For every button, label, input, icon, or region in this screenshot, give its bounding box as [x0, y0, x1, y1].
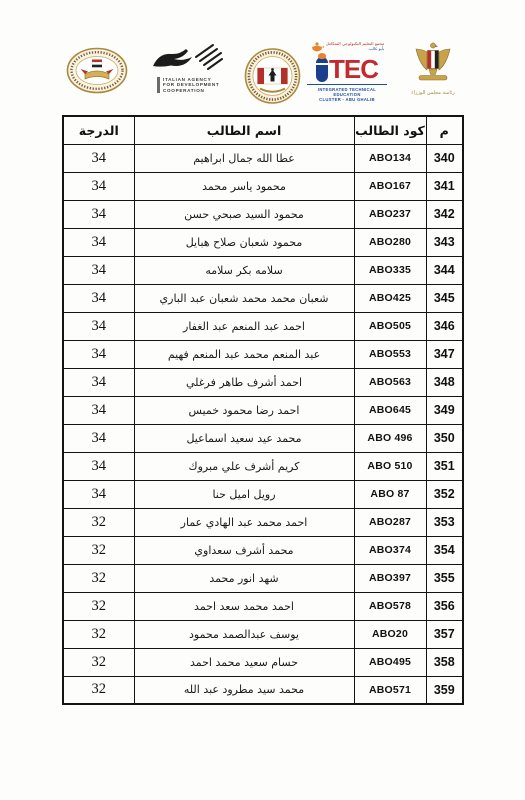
- table-row: 357 ABO20 يوسف عبدالصمد محمود 32: [63, 620, 463, 648]
- grade-cell: 34: [63, 452, 134, 480]
- student-name-cell: رويل اميل حنا: [134, 480, 354, 508]
- grade-cell: 32: [63, 508, 134, 536]
- table-row: 349 ABO645 احمد رضا محمود خميس 34: [63, 396, 463, 424]
- education-fund-seal-icon: [66, 47, 128, 94]
- serial-cell: 342: [426, 200, 463, 228]
- student-name-cell: احمد عبد المنعم عبد الغفار: [134, 312, 354, 340]
- serial-cell: 359: [426, 676, 463, 704]
- grade-cell: 34: [63, 200, 134, 228]
- italian-agency-logo: ITALIAN AGENCY FOR DEVELOPMENT COOPERATI…: [149, 42, 223, 95]
- table-row: 358 ABO495 حسام سعيد محمد احمد 32: [63, 648, 463, 676]
- serial-cell: 343: [426, 228, 463, 256]
- itec-logo: مجمع التعليم التكنولوجي المتكامل بأبو غا…: [307, 42, 387, 100]
- student-code-cell: ABO425: [354, 284, 426, 312]
- table-row: 342 ABO237 محمود السيد صبحي حسن 34: [63, 200, 463, 228]
- grade-cell: 32: [63, 676, 134, 704]
- student-code-cell: ABO20: [354, 620, 426, 648]
- serial-cell: 358: [426, 648, 463, 676]
- grade-cell: 34: [63, 424, 134, 452]
- fund-seal-graphic: [66, 47, 128, 94]
- grade-cell: 34: [63, 340, 134, 368]
- serial-cell: 341: [426, 172, 463, 200]
- student-name-cell: احمد رضا محمود خميس: [134, 396, 354, 424]
- student-code-cell: ABO 87: [354, 480, 426, 508]
- table-row: 345 ABO425 شعبان محمد محمد شعبان عبد الب…: [63, 284, 463, 312]
- grade-cell: 34: [63, 172, 134, 200]
- serial-cell: 340: [426, 144, 463, 172]
- student-code-cell: ABO397: [354, 564, 426, 592]
- grade-cell: 32: [63, 564, 134, 592]
- student-name-cell: محمد سيد مطرود عبد الله: [134, 676, 354, 704]
- student-code-cell: ABO374: [354, 536, 426, 564]
- serial-cell: 353: [426, 508, 463, 536]
- table-row: 343 ABO280 محمود شعبان صلاح هبايل 34: [63, 228, 463, 256]
- student-name-cell: احمد أشرف طاهر فرغلي: [134, 368, 354, 396]
- student-name-cell: عبد المنعم محمد عبد المنعم فهيم: [134, 340, 354, 368]
- student-name-cell: شعبان محمد محمد شعبان عبد الباري: [134, 284, 354, 312]
- table-header-row: م كود الطالب اسم الطالب الدرجة: [63, 116, 463, 144]
- serial-cell: 354: [426, 536, 463, 564]
- serial-cell: 351: [426, 452, 463, 480]
- italian-agency-line3: COOPERATION: [163, 88, 219, 93]
- itec-subtitle-line2: CLUSTER - ABU GHALIB: [307, 97, 387, 102]
- itec-arabic-line2: بأبو غالب: [326, 47, 385, 52]
- table-row: 350 ABO 496 محمد عيد سعيد اسماعيل 34: [63, 424, 463, 452]
- document-page: ITALIAN AGENCY FOR DEVELOPMENT COOPERATI…: [0, 0, 525, 800]
- student-table-body: 340 ABO134 عطا الله جمال ابراهيم 34 341 …: [63, 144, 463, 704]
- grade-cell: 34: [63, 368, 134, 396]
- student-code-cell: ABO495: [354, 648, 426, 676]
- student-code-cell: ABO563: [354, 368, 426, 396]
- serial-cell: 347: [426, 340, 463, 368]
- student-code-cell: ABO335: [354, 256, 426, 284]
- grade-cell: 34: [63, 144, 134, 172]
- grade-cell: 32: [63, 620, 134, 648]
- serial-cell: 348: [426, 368, 463, 396]
- grade-cell: 34: [63, 284, 134, 312]
- serial-cell: 344: [426, 256, 463, 284]
- student-name-cell: محمود السيد صبحي حسن: [134, 200, 354, 228]
- table-row: 353 ABO287 احمد محمد عبد الهادي عمار 32: [63, 508, 463, 536]
- table-row: 351 ABO 510 كريم أشرف علي مبروك 34: [63, 452, 463, 480]
- serial-cell: 352: [426, 480, 463, 508]
- lamp-icon: [310, 42, 324, 53]
- student-code-cell: ABO167: [354, 172, 426, 200]
- student-name-cell: شهد انور محمد: [134, 564, 354, 592]
- itec-i-capsule-icon: [316, 57, 328, 82]
- student-results-table: م كود الطالب اسم الطالب الدرجة 340 ABO13…: [62, 115, 464, 705]
- student-code-cell: ABO571: [354, 676, 426, 704]
- student-name-cell: حسام سعيد محمد احمد: [134, 648, 354, 676]
- serial-cell: 345: [426, 284, 463, 312]
- egypt-eagle-emblem: رئاسة مجلس الوزراء: [411, 41, 455, 93]
- itec-subtitle-line1: INTEGRATED TECHNICAL EDUCATION: [307, 87, 387, 97]
- student-code-cell: ABO 496: [354, 424, 426, 452]
- table-row: 356 ABO578 احمد محمد سعد احمد 32: [63, 592, 463, 620]
- table-row: 340 ABO134 عطا الله جمال ابراهيم 34: [63, 144, 463, 172]
- student-code-cell: ABO287: [354, 508, 426, 536]
- table-row: 347 ABO553 عبد المنعم محمد عبد المنعم فه…: [63, 340, 463, 368]
- serial-cell: 346: [426, 312, 463, 340]
- student-code-cell: ABO553: [354, 340, 426, 368]
- grade-cell: 32: [63, 648, 134, 676]
- table-row: 341 ABO167 محمود ياسر محمد 34: [63, 172, 463, 200]
- ministry-seal-icon: [244, 48, 301, 104]
- grade-cell: 34: [63, 396, 134, 424]
- col-header-code: كود الطالب: [354, 116, 426, 144]
- student-name-cell: كريم أشرف علي مبروك: [134, 452, 354, 480]
- student-code-cell: ABO 510: [354, 452, 426, 480]
- col-header-grade: الدرجة: [63, 116, 134, 144]
- student-name-cell: احمد محمد عبد الهادي عمار: [134, 508, 354, 536]
- serial-cell: 350: [426, 424, 463, 452]
- student-name-cell: يوسف عبدالصمد محمود: [134, 620, 354, 648]
- grade-cell: 34: [63, 312, 134, 340]
- table-row: 354 ABO374 محمد أشرف سعداوي 32: [63, 536, 463, 564]
- student-code-cell: ABO578: [354, 592, 426, 620]
- student-name-cell: محمود شعبان صلاح هبايل: [134, 228, 354, 256]
- grade-cell: 34: [63, 256, 134, 284]
- student-code-cell: ABO645: [354, 396, 426, 424]
- wordmark-bar: [157, 77, 160, 93]
- table-row: 352 ABO 87 رويل اميل حنا 34: [63, 480, 463, 508]
- serial-cell: 349: [426, 396, 463, 424]
- student-code-cell: ABO134: [354, 144, 426, 172]
- eagle-caption: رئاسة مجلس الوزراء: [411, 90, 455, 96]
- ministry-seal-graphic: [244, 48, 301, 104]
- col-header-serial: م: [426, 116, 463, 144]
- results-table-wrap: م كود الطالب اسم الطالب الدرجة 340 ABO13…: [62, 115, 464, 705]
- student-name-cell: محمد أشرف سعداوي: [134, 536, 354, 564]
- student-code-cell: ABO280: [354, 228, 426, 256]
- table-row: 355 ABO397 شهد انور محمد 32: [63, 564, 463, 592]
- eagle-icon: [411, 41, 455, 85]
- table-row: 348 ABO563 احمد أشرف طاهر فرغلي 34: [63, 368, 463, 396]
- serial-cell: 356: [426, 592, 463, 620]
- italian-agency-wordmark: ITALIAN AGENCY FOR DEVELOPMENT COOPERATI…: [157, 77, 219, 93]
- itec-wordmark: TEC: [329, 57, 378, 82]
- table-row: 344 ABO335 سلامه بكر سلامه 34: [63, 256, 463, 284]
- dove-icon: [149, 42, 223, 76]
- student-name-cell: محمد عيد سعيد اسماعيل: [134, 424, 354, 452]
- student-code-cell: ABO237: [354, 200, 426, 228]
- grade-cell: 34: [63, 228, 134, 256]
- logos-strip: ITALIAN AGENCY FOR DEVELOPMENT COOPERATI…: [0, 0, 525, 112]
- col-header-name: اسم الطالب: [134, 116, 354, 144]
- student-name-cell: عطا الله جمال ابراهيم: [134, 144, 354, 172]
- table-row: 346 ABO505 احمد عبد المنعم عبد الغفار 34: [63, 312, 463, 340]
- grade-cell: 32: [63, 592, 134, 620]
- grade-cell: 34: [63, 480, 134, 508]
- student-name-cell: احمد محمد سعد احمد: [134, 592, 354, 620]
- grade-cell: 32: [63, 536, 134, 564]
- serial-cell: 357: [426, 620, 463, 648]
- table-row: 359 ABO571 محمد سيد مطرود عبد الله 32: [63, 676, 463, 704]
- student-name-cell: سلامه بكر سلامه: [134, 256, 354, 284]
- student-name-cell: محمود ياسر محمد: [134, 172, 354, 200]
- student-code-cell: ABO505: [354, 312, 426, 340]
- serial-cell: 355: [426, 564, 463, 592]
